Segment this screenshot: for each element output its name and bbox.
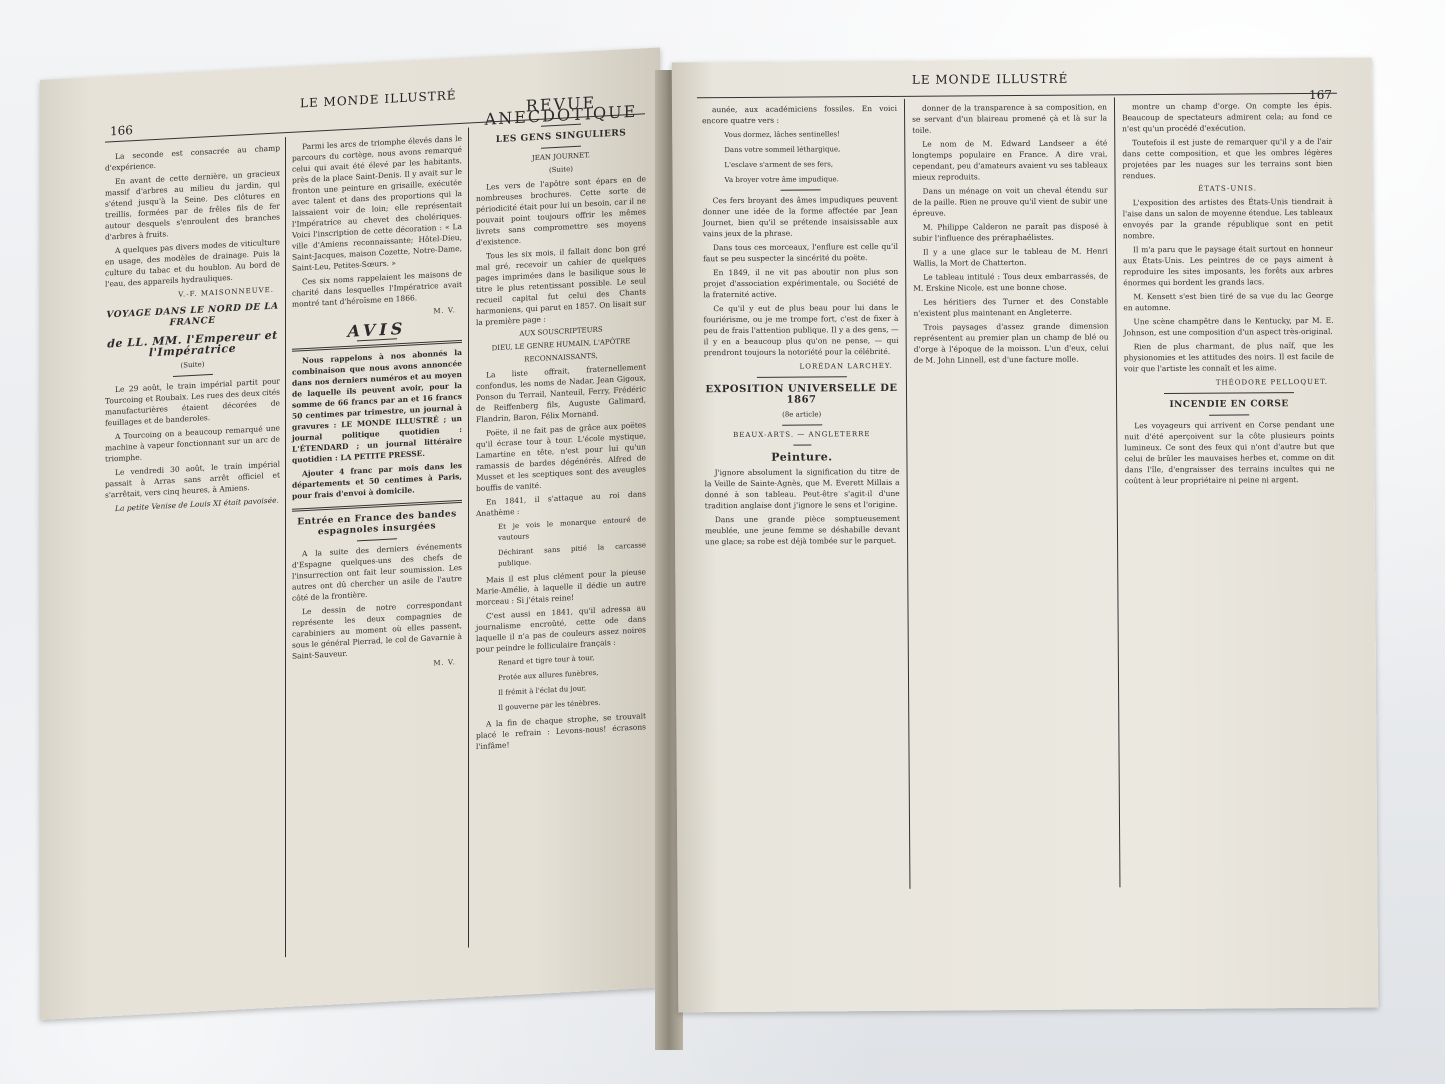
paragraph: Tous les six mois, il fallait donc bon g… bbox=[476, 242, 646, 328]
paragraph: Le 29 août, le train impérial partit pou… bbox=[105, 375, 280, 428]
paragraph: Le dessin de notre correspondant représe… bbox=[292, 598, 462, 662]
divider bbox=[173, 374, 213, 377]
paragraph: Les héritiers des Turner et des Constabl… bbox=[913, 295, 1108, 318]
avis-text: Ajouter 4 franc par mois dans les départ… bbox=[292, 460, 462, 502]
paragraph: montre un champ d'orge. On compte les ép… bbox=[1122, 100, 1332, 134]
paragraph: Les voyageurs qui arrivent en Corse pend… bbox=[1124, 419, 1334, 486]
paragraph: M. Philippe Calderon ne paraît pas dispo… bbox=[913, 220, 1108, 243]
paragraph: aunée, aux académiciens fossiles. En voi… bbox=[702, 103, 897, 126]
paragraph: Dans une grande pièce somptueusement meu… bbox=[705, 513, 900, 547]
paragraph: L'exposition des artistes des États-Unis… bbox=[1123, 196, 1333, 241]
right-newspaper-page: 167 LE MONDE ILLUSTRÉ aunée, aux académi… bbox=[672, 58, 1379, 1013]
paragraph: A quelques pas divers modes de viticultu… bbox=[105, 236, 280, 289]
article-title: INCENDIE EN CORSE bbox=[1124, 399, 1334, 411]
section-label: BEAUX-ARTS. — ANGLETERRE bbox=[704, 429, 899, 441]
divider bbox=[357, 538, 397, 541]
paragraph: Il y a une glace sur le tableau de M. He… bbox=[913, 245, 1108, 268]
verse-line: Dans votre sommeil léthargique, bbox=[702, 144, 897, 156]
avis-box: Nous rappelons à nos abonnés la combinai… bbox=[292, 340, 462, 512]
paragraph: C'est aussi en 1841, qu'il adressa au jo… bbox=[476, 602, 646, 655]
paragraph: Dans un ménage on voit un cheval étendu … bbox=[913, 184, 1108, 218]
paragraph: Il m'a paru que le paysage était surtout… bbox=[1123, 243, 1333, 288]
column-divider bbox=[1114, 97, 1121, 887]
divider bbox=[780, 189, 820, 190]
avis-text: Nous rappelons à nos abonnés la combinai… bbox=[292, 347, 462, 466]
article-note: (8e article) bbox=[704, 409, 899, 421]
paragraph: Une scène champêtre dans le Kentucky, pa… bbox=[1123, 315, 1333, 338]
paragraph: A Tourcoing on a beaucoup remarqué une m… bbox=[105, 422, 280, 464]
paragraph: A la fin de chaque strophe, se trouvait … bbox=[476, 710, 646, 752]
right-column-1: aunée, aux académiciens fossiles. En voi… bbox=[702, 103, 900, 550]
divider bbox=[782, 424, 822, 425]
left-column-2: Parmi les arcs de triomphe élevés dans l… bbox=[292, 133, 462, 681]
verse-line: Vous dormez, lâches sentinelles! bbox=[702, 129, 897, 141]
paragraph: M. Kensett s'est bien tiré de sa vue du … bbox=[1123, 290, 1333, 313]
paragraph: Trois paysages d'assez grande dimension … bbox=[914, 320, 1109, 365]
paragraph: Les vers de l'apôtre sont épars en de no… bbox=[476, 173, 646, 248]
column-divider bbox=[468, 128, 469, 948]
verse-line: Déchirant sans pitié la carcasse publiqu… bbox=[476, 540, 646, 571]
paragraph: Parmi les arcs de triomphe élevés dans l… bbox=[292, 133, 462, 274]
verse-line: Va broyer votre âme impudique. bbox=[702, 174, 897, 186]
paragraph: Le nom de M. Edward Landseer a été longt… bbox=[912, 137, 1107, 182]
section-label: ÉTATS-UNIS. bbox=[1123, 183, 1333, 195]
divider bbox=[756, 376, 846, 378]
header-rule bbox=[697, 93, 1337, 98]
paragraph: Dans tous ces morceaux, l'enflure est ce… bbox=[703, 241, 898, 264]
paragraph: En 1849, il ne vit pas aboutir non plus … bbox=[703, 266, 898, 300]
signature: LORÉDAN LARCHEY. bbox=[710, 361, 893, 373]
left-column-1: La seconde est consacrée au champ d'expé… bbox=[105, 142, 280, 517]
paragraph: Rien de plus charmant, de plus naïf, que… bbox=[1124, 340, 1334, 374]
paragraph: donner de la transparence à sa compositi… bbox=[912, 101, 1107, 135]
paragraph: Toutefois il est juste de remarquer qu'i… bbox=[1122, 136, 1332, 181]
left-column-3: REVUE ANECDOTIQUE LES GENS SINGULIERS JE… bbox=[476, 88, 646, 755]
column-divider bbox=[904, 99, 911, 889]
paragraph: J'ignore absolument la signification du … bbox=[705, 466, 900, 511]
paragraph: Le vendredi 30 août, le train impérial p… bbox=[105, 458, 280, 500]
running-head-left: LE MONDE ILLUSTRÉ bbox=[300, 88, 457, 110]
revue-subtitle: LES GENS SINGULIERS bbox=[476, 127, 646, 147]
paragraph: A la suite des derniers événements d'Esp… bbox=[292, 540, 462, 604]
divider bbox=[1164, 392, 1294, 394]
revue-title: REVUE ANECDOTIQUE bbox=[476, 94, 646, 125]
divider bbox=[1209, 414, 1249, 415]
right-column-2: donner de la transparence à sa compositi… bbox=[912, 101, 1109, 368]
article-title: Entrée en France des bandes espagnoles i… bbox=[292, 509, 462, 540]
left-newspaper-page: 166 LE MONDE ILLUSTRÉ La seconde est con… bbox=[40, 48, 660, 1020]
running-head-right: LE MONDE ILLUSTRÉ bbox=[912, 72, 1069, 87]
page-number-left: 166 bbox=[110, 123, 133, 138]
paragraph: Ces six noms rappelaient les maisons de … bbox=[292, 268, 462, 310]
signature: THÉODORE PELLOQUET. bbox=[1130, 377, 1328, 389]
paragraph: En 1841, il s'attaque au roi dans Anathè… bbox=[476, 488, 646, 519]
verse-line: Et je vois le monarque entouré de vautou… bbox=[476, 514, 646, 545]
divider bbox=[793, 444, 811, 445]
paragraph: En avant de cette dernière, un gracieux … bbox=[105, 167, 280, 242]
right-column-3: montre un champ d'orge. On compte les ép… bbox=[1122, 100, 1335, 489]
article-title: EXPOSITION UNIVERSELLE DE 1867 bbox=[704, 383, 899, 406]
verse-line: L'esclave s'arment de ses fers, bbox=[702, 159, 897, 171]
paragraph: Poëte, il ne fait pas de grâce aux poëte… bbox=[476, 419, 646, 494]
divider bbox=[541, 146, 581, 149]
section-title: Peinture. bbox=[704, 451, 899, 463]
paragraph: Mais il est plus clément pour la pieuse … bbox=[476, 566, 646, 608]
paragraph: Ces fers broyant des âmes impudiques peu… bbox=[703, 194, 898, 239]
paragraph: Le tableau intitulé : Tous deux embarras… bbox=[913, 270, 1108, 293]
paragraph: Ce qu'il y eut de plus beau pour lui dan… bbox=[703, 302, 898, 358]
column-divider bbox=[285, 137, 286, 957]
article-title: VOYAGE DANS LE NORD DE LA FRANCE bbox=[105, 301, 280, 332]
paragraph: La liste offrait, fraternellement confon… bbox=[476, 361, 646, 425]
